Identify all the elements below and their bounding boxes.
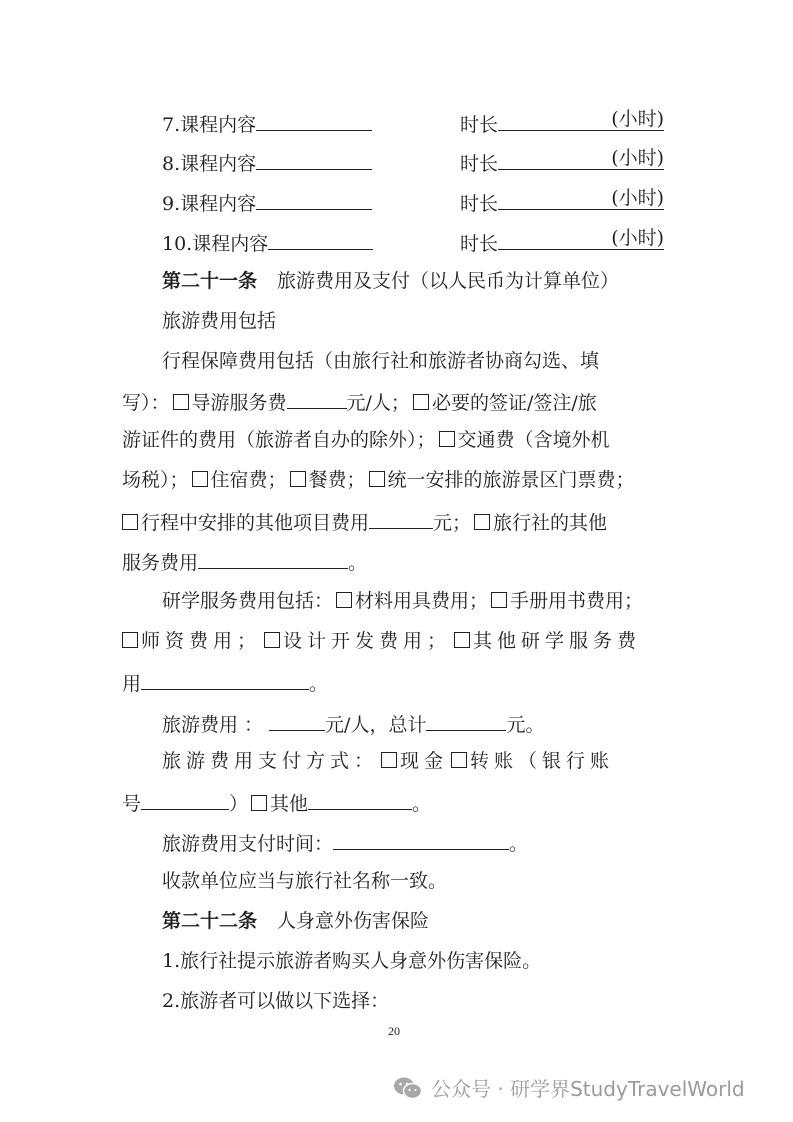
text: 现金 xyxy=(400,750,448,772)
text: 旅游费用支付方式： xyxy=(162,750,378,772)
article-number: 第二十二条 xyxy=(162,910,257,932)
other-study-fee-blank[interactable] xyxy=(141,669,309,690)
duration-blank[interactable]: (小时) xyxy=(498,189,664,210)
checkbox-other-study-fee[interactable] xyxy=(454,632,470,648)
article-21-heading: 第二十一条旅游费用及支付（以人民币为计算单位） xyxy=(162,269,619,293)
text: 元。 xyxy=(506,714,544,736)
course-content-blank[interactable] xyxy=(256,149,372,170)
text: 元/人，总计 xyxy=(325,714,426,736)
checkbox-transfer[interactable] xyxy=(451,752,467,768)
payment-time-line: 旅游费用支付时间：。 xyxy=(162,829,528,856)
wechat-icon xyxy=(393,1076,423,1100)
checkbox-visa-fee[interactable] xyxy=(413,394,429,410)
payment-time-blank[interactable] xyxy=(333,829,509,850)
other-payment-blank[interactable] xyxy=(308,789,412,810)
duration-label: 时长 xyxy=(460,114,498,136)
checkbox-agency-other-fee[interactable] xyxy=(474,514,490,530)
text: 元/人； xyxy=(347,392,410,414)
text: 。 xyxy=(309,673,328,695)
course-label: 7.课程内容 xyxy=(162,114,256,136)
text: 。 xyxy=(348,552,367,574)
checkbox-transport-fee[interactable] xyxy=(439,431,455,447)
fee-includes-label: 旅游费用包括 xyxy=(162,309,276,333)
insurance-item-2: 2.旅游者可以做以下选择： xyxy=(162,989,389,1013)
study-line-2: 师资费用；设计开发费用；其他研学服务费 xyxy=(122,629,641,653)
bank-account-blank[interactable] xyxy=(141,789,229,810)
course-row-10: 10.课程内容 xyxy=(162,229,373,256)
course-duration-8: 时长(小时) xyxy=(460,149,664,176)
text: 材料用具费用； xyxy=(355,590,488,612)
article-title: 人身意外伤害保险 xyxy=(277,910,429,932)
course-duration-7: 时长(小时) xyxy=(460,110,664,137)
checkbox-other-payment[interactable] xyxy=(251,795,267,811)
payment-method-line-1: 旅游费用支付方式：现金转账（银行账 xyxy=(162,749,614,773)
watermark: 公众号 · 研学界StudyTravelWorld xyxy=(393,1073,745,1102)
duration-unit: (小时) xyxy=(611,226,664,250)
other-items-fee-blank[interactable] xyxy=(369,508,433,529)
checkbox-handbook-fee[interactable] xyxy=(491,592,507,608)
duration-blank[interactable]: (小时) xyxy=(498,110,664,131)
text: ） xyxy=(229,793,248,815)
duration-label: 时长 xyxy=(460,193,498,215)
text: 。 xyxy=(509,833,528,855)
checkbox-cash[interactable] xyxy=(381,752,397,768)
itinerary-intro: 行程保障费用包括（由旅行社和旅游者协商勾选、填 xyxy=(162,349,599,373)
article-number: 第二十一条 xyxy=(162,270,257,292)
text: 转账（银行账 xyxy=(470,750,614,772)
fee-total-blank[interactable] xyxy=(426,710,506,731)
text: 号 xyxy=(122,793,141,815)
course-row-8: 8.课程内容 xyxy=(162,149,372,176)
text: 服务费用 xyxy=(122,552,198,574)
watermark-text: 公众号 · 研学界StudyTravelWorld xyxy=(431,1073,745,1102)
checkbox-ticket-fee[interactable] xyxy=(369,471,385,487)
duration-label: 时长 xyxy=(460,233,498,255)
text: 手册用书费用； xyxy=(510,590,643,612)
text: 旅行社的其他 xyxy=(493,512,607,534)
duration-unit: (小时) xyxy=(611,186,664,210)
text: 旅游费用 ： xyxy=(162,714,263,736)
text: 旅游费用支付时间： xyxy=(162,833,333,855)
itinerary-line-4: 场税）；住宿费；餐费；统一安排的旅游景区门票费； xyxy=(122,468,635,492)
study-line-1: 研学服务费用包括：材料用具费用；手册用书费用； xyxy=(162,589,643,613)
text: 研学服务费用包括： xyxy=(162,590,333,612)
duration-blank[interactable]: (小时) xyxy=(498,229,664,250)
insurance-item-1: 1.旅行社提示旅游者购买人身意外伤害保险。 xyxy=(162,949,541,973)
itinerary-line-6: 服务费用。 xyxy=(122,548,367,575)
article-22-heading: 第二十二条人身意外伤害保险 xyxy=(162,909,429,933)
course-content-blank[interactable] xyxy=(268,229,373,250)
text: 。 xyxy=(412,793,431,815)
checkbox-other-items-fee[interactable] xyxy=(122,514,138,530)
fee-per-person-blank[interactable] xyxy=(269,710,325,731)
itinerary-line-5: 行程中安排的其他项目费用元；旅行社的其他 xyxy=(122,508,607,535)
course-content-blank[interactable] xyxy=(256,110,372,131)
course-row-7: 7.课程内容 xyxy=(162,110,372,137)
payment-method-line-2: 号）其他。 xyxy=(122,789,431,816)
article-title: 旅游费用及支付（以人民币为计算单位） xyxy=(277,270,619,292)
course-label: 8.课程内容 xyxy=(162,153,256,175)
course-content-blank[interactable] xyxy=(256,189,372,210)
checkbox-meal-fee[interactable] xyxy=(290,471,306,487)
text: 导游服务费 xyxy=(192,392,287,414)
duration-unit: (小时) xyxy=(611,146,664,170)
duration-label: 时长 xyxy=(460,153,498,175)
duration-unit: (小时) xyxy=(611,107,664,131)
course-row-9: 9.课程内容 xyxy=(162,189,372,216)
checkbox-guide-fee[interactable] xyxy=(173,394,189,410)
study-line-3: 用。 xyxy=(122,669,328,696)
text: 场税）； xyxy=(122,469,189,491)
itinerary-line-3: 游证件的费用（旅游者自办的除外）；交通费（含境外机 xyxy=(122,428,610,452)
text: 其他研学服务费 xyxy=(473,630,641,652)
agency-other-fee-blank[interactable] xyxy=(198,548,348,569)
itinerary-line-2: 写）：导游服务费元/人；必要的签证/签注/旅 xyxy=(122,388,597,415)
fee-line: 旅游费用 ：元/人，总计元。 xyxy=(162,710,544,737)
text: 餐费； xyxy=(309,469,366,491)
page-number: 20 xyxy=(388,1024,400,1039)
text: 住宿费； xyxy=(211,469,287,491)
payee-note: 收款单位应当与旅行社名称一致。 xyxy=(162,869,447,893)
course-label: 10.课程内容 xyxy=(162,233,268,255)
text: 师资费用； xyxy=(141,630,261,652)
text: 用 xyxy=(122,673,141,695)
text: 交通费（含境外机 xyxy=(458,429,610,451)
text: 元； xyxy=(433,512,471,534)
checkbox-design-fee[interactable] xyxy=(264,632,280,648)
course-duration-9: 时长(小时) xyxy=(460,189,664,216)
text: 设计开发费用； xyxy=(283,630,451,652)
checkbox-teacher-fee[interactable] xyxy=(122,632,138,648)
checkbox-materials-fee[interactable] xyxy=(336,592,352,608)
text: 写）： xyxy=(122,392,170,414)
text: 统一安排的旅游景区门票费； xyxy=(388,469,635,491)
text: 必要的签证/签注/旅 xyxy=(432,392,597,414)
text: 游证件的费用（旅游者自办的除外）； xyxy=(122,429,436,451)
duration-blank[interactable]: (小时) xyxy=(498,149,664,170)
course-label: 9.课程内容 xyxy=(162,193,256,215)
text: 其他 xyxy=(270,793,308,815)
guide-fee-blank[interactable] xyxy=(287,388,347,409)
course-duration-10: 时长(小时) xyxy=(460,229,664,256)
text: 行程中安排的其他项目费用 xyxy=(141,512,369,534)
checkbox-lodging-fee[interactable] xyxy=(192,471,208,487)
